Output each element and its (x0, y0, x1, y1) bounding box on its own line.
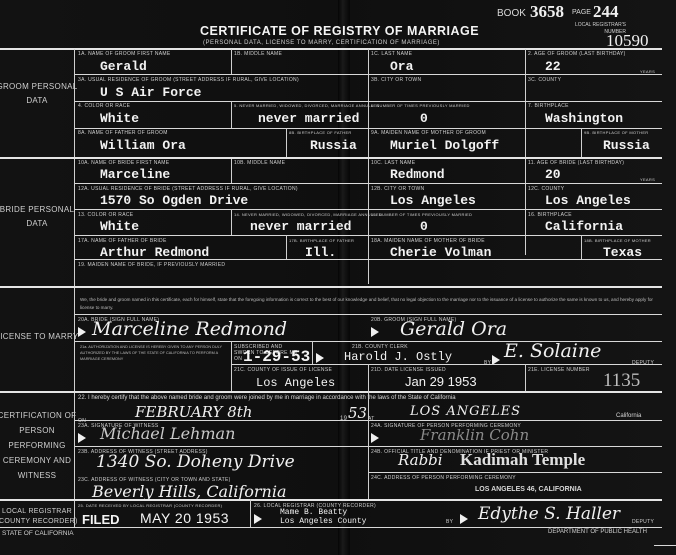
sign-here-arrow-icon (371, 433, 379, 443)
bride-race: White (100, 219, 139, 234)
ceremony-date: FEBRUARY 8th (135, 403, 252, 421)
sign-here-arrow-icon (78, 433, 86, 443)
groom-residence: U S Air Force (100, 85, 201, 100)
filed-label: FILED (82, 512, 120, 527)
section-groom: GROOM PERSONAL DATA (0, 80, 82, 108)
authorization-text: 21a. AUTHORIZATION AND LICENSE IS HEREBY… (80, 344, 228, 362)
registrar-county: Los Angeles County (280, 517, 366, 526)
officiant-congregation: Kadimah Temple (460, 450, 585, 470)
groom-marital-status: never married (258, 111, 359, 126)
page-number: 244 (593, 2, 619, 22)
groom-last-name: Ora (390, 59, 413, 74)
section-certification: CERTIFICATION OF PERSON PERFORMING CEREM… (0, 408, 80, 483)
deputy-clerk-signature: E. Solaine (504, 340, 601, 362)
bride-father-birthplace: Ill. (305, 245, 336, 260)
officiant-signature: Franklin Cohn (420, 426, 529, 444)
registrar-name: Mame B. Beatty (280, 508, 347, 517)
bride-county: Los Angeles (545, 193, 631, 208)
bride-first-name: Marceline (100, 167, 170, 182)
groom-father-birthplace: Russia (310, 138, 357, 153)
groom-race: White (100, 111, 139, 126)
sign-here-arrow-icon (78, 327, 86, 337)
bride-signature: Marceline Redmond (92, 318, 287, 340)
witness-signature: Michael Lehman (100, 424, 235, 443)
marriage-certificate: CERTIFICATE OF REGISTRY OF MARRIAGE (PER… (0, 0, 676, 555)
bride-marital-status: never married (250, 219, 351, 234)
ceremony-city: LOS ANGELES (410, 404, 521, 419)
county-clerk: Harold J. Ostly (344, 350, 452, 364)
department-label: DEPARTMENT OF PUBLIC HEALTH (548, 529, 647, 535)
sign-here-arrow-icon (254, 514, 262, 524)
section-registrar: LOCAL REGISTRAR (COUNTY RECORDER) (0, 507, 78, 527)
groom-signature: Gerald Ora (400, 318, 507, 340)
witness-address: 1340 So. Doheny Drive (96, 452, 295, 472)
bride-mother: Cherie Volman (390, 245, 491, 260)
bride-last-name: Redmond (390, 167, 445, 182)
officiant-title: Rabbi (398, 451, 443, 469)
groom-mother: Muriel Dolgoff (390, 138, 499, 153)
groom-mother-birthplace: Russia (603, 138, 650, 153)
sign-here-arrow-icon (371, 327, 379, 337)
document-subtitle: (PERSONAL DATA, LICENSE TO MARRY, CERTIF… (203, 40, 440, 46)
header-rule (0, 48, 662, 50)
bride-mother-birthplace: Texas (603, 245, 642, 260)
document-title: CERTIFICATE OF REGISTRY OF MARRIAGE (200, 24, 479, 38)
license-number: 1135 (603, 370, 640, 392)
book-number: 3658 (530, 2, 564, 22)
date-license-issued: Jan 29 1953 (405, 374, 477, 389)
officiant-address: LOS ANGELES 46, CALIFORNIA (475, 486, 582, 493)
page-seam (338, 0, 350, 555)
groom-times-married: 0 (420, 111, 428, 126)
sign-here-arrow-icon (316, 353, 324, 363)
county-of-issue: Los Angeles (256, 376, 335, 390)
filed-date: MAY 20 1953 (140, 510, 229, 526)
ceremony-state: California (616, 413, 641, 419)
groom-father: William Ora (100, 138, 186, 153)
book-label: BOOK (497, 8, 526, 19)
bride-birthplace: California (545, 219, 623, 234)
groom-birthplace: Washington (545, 111, 623, 126)
state-label: STATE OF CALIFORNIA (2, 530, 74, 537)
bride-times-married: 0 (420, 219, 428, 234)
page-label: PAGE (572, 9, 591, 16)
bride-residence: 1570 So Ogden Drive (100, 193, 248, 208)
groom-age: 22 (545, 59, 561, 74)
registrar-deputy-signature: Edythe S. Haller (478, 504, 620, 524)
section-license: LICENSE TO MARRY (0, 330, 82, 344)
groom-first-name: Gerald (100, 59, 147, 74)
bride-age: 20 (545, 167, 561, 182)
bride-father: Arthur Redmond (100, 245, 209, 260)
bride-city: Los Angeles (390, 193, 476, 208)
license-statement: We, the bride and groom named in this ce… (80, 296, 655, 312)
section-bride: BRIDE PERSONAL DATA (0, 203, 82, 231)
sign-here-arrow-icon (460, 514, 468, 524)
